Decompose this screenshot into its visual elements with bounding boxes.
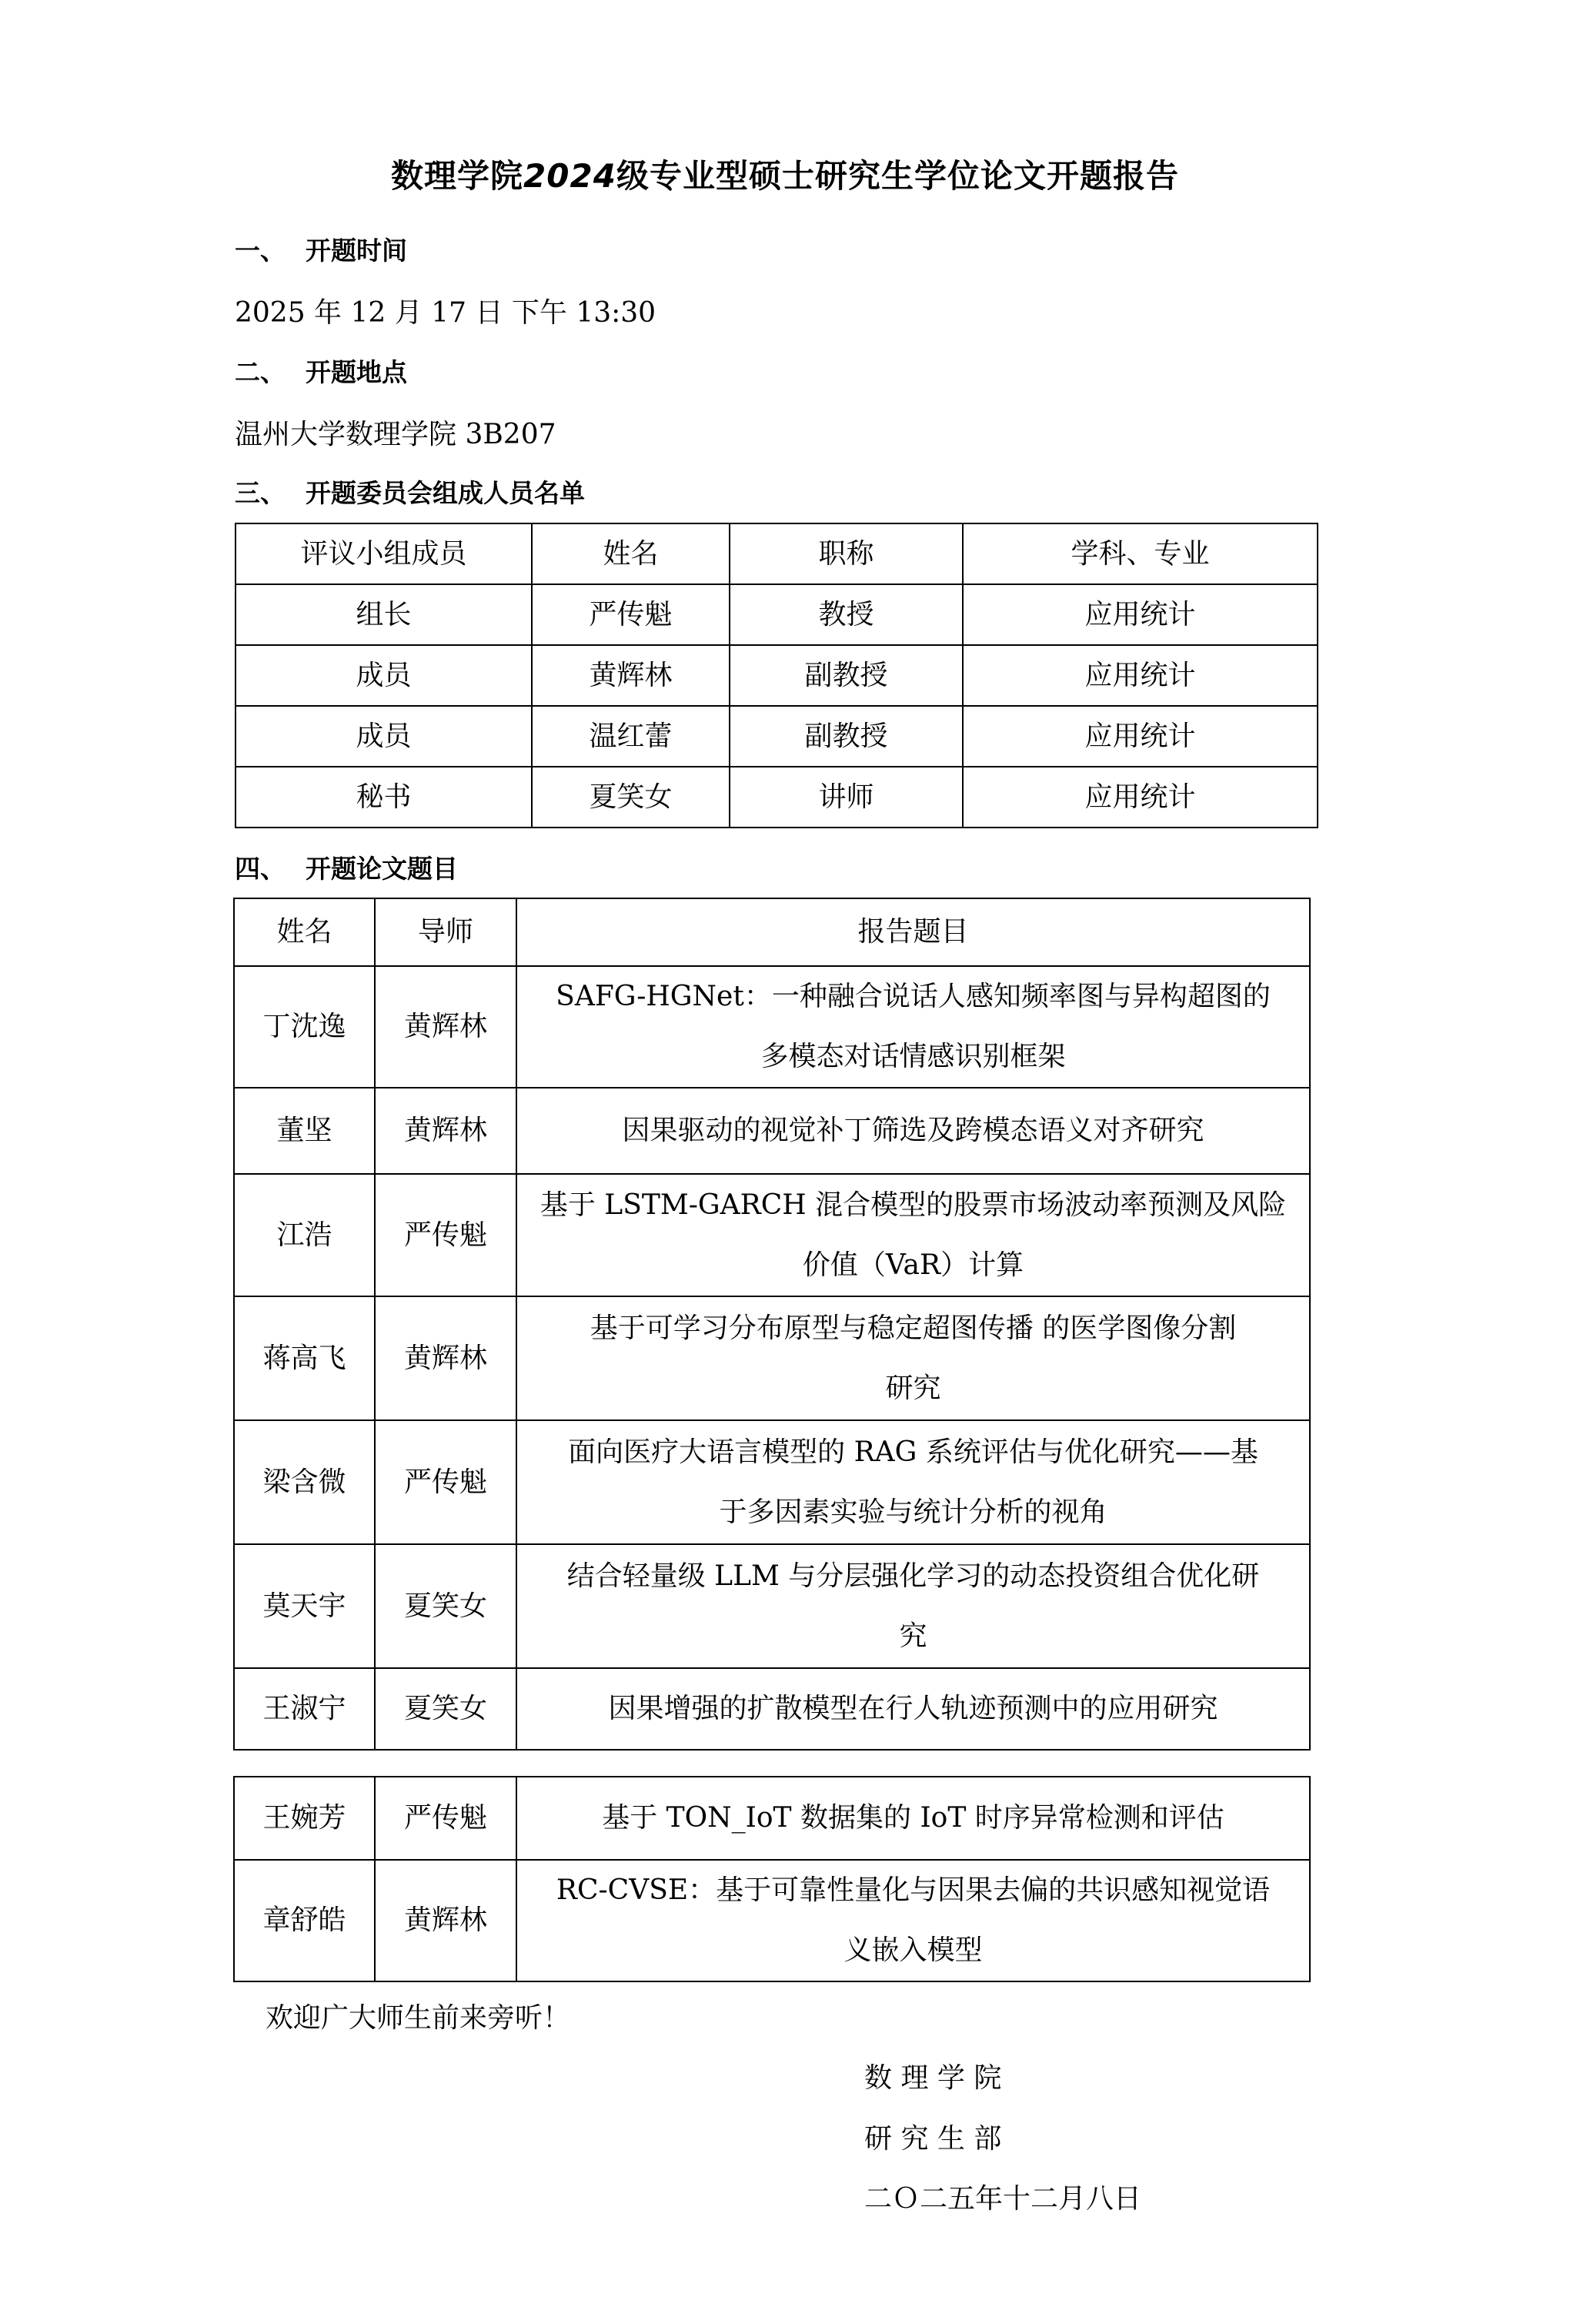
table-row: 江浩 严传魁 基于 LSTM-GARCH 混合模型的股票市场波动率预测及风险价值…: [234, 1174, 1310, 1296]
advisor-cell: 严传魁: [375, 1420, 516, 1544]
student-cell: 江浩: [234, 1174, 375, 1296]
signature-date: 二Ｏ二五年十二月八日: [864, 2177, 1141, 2216]
name-cell: 严传魁: [532, 584, 730, 645]
discipline-cell: 应用统计: [963, 706, 1318, 767]
advisor-cell: 严传魁: [375, 1777, 516, 1860]
section-number: 二、: [235, 357, 286, 387]
table-row: 丁沈逸 黄辉林 SAFG-HGNet：一种融合说话人感知频率图与异构超图的多模态…: [234, 966, 1310, 1088]
signature-dept: 研 究 生 部: [864, 2117, 1001, 2156]
role-cell: 组长: [235, 584, 532, 645]
section-label: 开题地点: [306, 357, 407, 387]
table-row: 成员 黄辉林 副教授 应用统计: [235, 645, 1318, 706]
defense-location: 温州大学数理学院 3B207: [235, 413, 556, 452]
name-cell: 温红蕾: [532, 706, 730, 767]
topic-line: 因果增强的扩散模型在行人轨迹预测中的应用研究: [531, 1679, 1295, 1739]
rank-cell: 讲师: [730, 767, 963, 828]
discipline-cell: 应用统计: [963, 767, 1318, 828]
topic-cell: 基于 TON_IoT 数据集的 IoT 时序异常检测和评估: [516, 1777, 1310, 1860]
table-row: 成员 温红蕾 副教授 应用统计: [235, 706, 1318, 767]
header-cell: 学科、专业: [963, 523, 1318, 584]
defense-time: 2025 年 12 月 17 日 下午 13:30: [235, 291, 656, 330]
advisor-cell: 严传魁: [375, 1174, 516, 1296]
student-cell: 章舒皓: [234, 1860, 375, 1981]
document-title: 数理学院2024级专业型硕士研究生学位论文开题报告: [0, 151, 1570, 197]
table-row: 梁含微 严传魁 面向医疗大语言模型的 RAG 系统评估与优化研究——基于多因素实…: [234, 1420, 1310, 1544]
table-row: 组长 严传魁 教授 应用统计: [235, 584, 1318, 645]
role-cell: 秘书: [235, 767, 532, 828]
name-cell: 夏笑女: [532, 767, 730, 828]
table-row: 王婉芳 严传魁 基于 TON_IoT 数据集的 IoT 时序异常检测和评估: [234, 1777, 1310, 1860]
section-heading-time: 一、开题时间: [235, 231, 407, 267]
section-number: 三、: [235, 478, 286, 508]
table-row: 蒋高飞 黄辉林 基于可学习分布原型与稳定超图传播 的医学图像分割研究: [234, 1296, 1310, 1420]
committee-table: 评议小组成员 姓名 职称 学科、专业 组长 严传魁 教授 应用统计 成员 黄辉林…: [235, 523, 1318, 828]
advisor-cell: 夏笑女: [375, 1544, 516, 1668]
topic-line: 价值（VaR）计算: [531, 1236, 1295, 1296]
section-number: 一、: [235, 236, 286, 266]
topic-line: 结合轻量级 LLM 与分层强化学习的动态投资组合优化研: [531, 1547, 1295, 1607]
section-heading-location: 二、开题地点: [235, 353, 407, 389]
signature-org: 数 理 学 院: [864, 2056, 1001, 2095]
table-row: 王淑宁 夏笑女 因果增强的扩散模型在行人轨迹预测中的应用研究: [234, 1668, 1310, 1750]
advisor-cell: 黄辉林: [375, 966, 516, 1088]
topic-line: 多模态对话情感识别框架: [531, 1027, 1295, 1087]
title-year: 2024: [523, 157, 616, 195]
topic-line: 于多因素实验与统计分析的视角: [531, 1483, 1295, 1543]
topic-cell: 因果驱动的视觉补丁筛选及跨模态语义对齐研究: [516, 1088, 1310, 1174]
header-cell: 导师: [375, 898, 516, 966]
header-cell: 评议小组成员: [235, 523, 532, 584]
title-suffix: 级专业型硕士研究生学位论文开题报告: [616, 157, 1179, 195]
student-cell: 蒋高飞: [234, 1296, 375, 1420]
topic-line: 究: [531, 1607, 1295, 1667]
advisor-cell: 夏笑女: [375, 1668, 516, 1750]
topic-line: 因果驱动的视觉补丁筛选及跨模态语义对齐研究: [531, 1101, 1295, 1161]
student-cell: 王淑宁: [234, 1668, 375, 1750]
topics-table: 姓名 导师 报告题目 丁沈逸 黄辉林 SAFG-HGNet：一种融合说话人感知频…: [233, 898, 1311, 1751]
section-label: 开题论文题目: [306, 854, 458, 884]
topic-cell: 因果增强的扩散模型在行人轨迹预测中的应用研究: [516, 1668, 1310, 1750]
table-row: 董坚 黄辉林 因果驱动的视觉补丁筛选及跨模态语义对齐研究: [234, 1088, 1310, 1174]
header-cell: 报告题目: [516, 898, 1310, 966]
section-label: 开题委员会组成人员名单: [306, 478, 585, 508]
section-label: 开题时间: [306, 236, 407, 266]
header-cell: 姓名: [532, 523, 730, 584]
role-cell: 成员: [235, 706, 532, 767]
role-cell: 成员: [235, 645, 532, 706]
table-row: 秘书 夏笑女 讲师 应用统计: [235, 767, 1318, 828]
student-cell: 梁含微: [234, 1420, 375, 1544]
table-row: 章舒皓 黄辉林 RC-CVSE：基于可靠性量化与因果去偏的共识感知视觉语义嵌入模…: [234, 1860, 1310, 1981]
rank-cell: 副教授: [730, 645, 963, 706]
student-cell: 董坚: [234, 1088, 375, 1174]
topic-cell: 结合轻量级 LLM 与分层强化学习的动态投资组合优化研究: [516, 1544, 1310, 1668]
name-cell: 黄辉林: [532, 645, 730, 706]
topic-line: RC-CVSE：基于可靠性量化与因果去偏的共识感知视觉语: [531, 1861, 1295, 1921]
topic-line: 基于 LSTM-GARCH 混合模型的股票市场波动率预测及风险: [531, 1175, 1295, 1236]
welcome-note: 欢迎广大师生前来旁听！: [266, 1996, 570, 2035]
topic-line: 研究: [531, 1359, 1295, 1419]
student-cell: 王婉芳: [234, 1777, 375, 1860]
topic-cell: SAFG-HGNet：一种融合说话人感知频率图与异构超图的多模态对话情感识别框架: [516, 966, 1310, 1088]
advisor-cell: 黄辉林: [375, 1860, 516, 1981]
discipline-cell: 应用统计: [963, 584, 1318, 645]
section-heading-committee: 三、开题委员会组成人员名单: [235, 473, 585, 510]
rank-cell: 副教授: [730, 706, 963, 767]
topic-line: SAFG-HGNet：一种融合说话人感知频率图与异构超图的: [531, 967, 1295, 1027]
advisor-cell: 黄辉林: [375, 1088, 516, 1174]
topic-line: 面向医疗大语言模型的 RAG 系统评估与优化研究——基: [531, 1423, 1295, 1483]
topic-cell: 基于可学习分布原型与稳定超图传播 的医学图像分割研究: [516, 1296, 1310, 1420]
topic-line: 基于可学习分布原型与稳定超图传播 的医学图像分割: [531, 1299, 1295, 1359]
header-cell: 姓名: [234, 898, 375, 966]
topic-cell: 基于 LSTM-GARCH 混合模型的股票市场波动率预测及风险价值（VaR）计算: [516, 1174, 1310, 1296]
topic-cell: 面向医疗大语言模型的 RAG 系统评估与优化研究——基于多因素实验与统计分析的视…: [516, 1420, 1310, 1544]
discipline-cell: 应用统计: [963, 645, 1318, 706]
topic-line: 义嵌入模型: [531, 1921, 1295, 1981]
table-header-row: 评议小组成员 姓名 职称 学科、专业: [235, 523, 1318, 584]
student-cell: 莫天宇: [234, 1544, 375, 1668]
rank-cell: 教授: [730, 584, 963, 645]
section-heading-topics: 四、开题论文题目: [235, 849, 458, 885]
section-number: 四、: [235, 854, 286, 884]
topics-table-continued: 王婉芳 严传魁 基于 TON_IoT 数据集的 IoT 时序异常检测和评估 章舒…: [233, 1776, 1311, 1982]
table-row: 莫天宇 夏笑女 结合轻量级 LLM 与分层强化学习的动态投资组合优化研究: [234, 1544, 1310, 1668]
topic-line: 基于 TON_IoT 数据集的 IoT 时序异常检测和评估: [531, 1788, 1295, 1848]
title-prefix: 数理学院: [391, 157, 523, 195]
student-cell: 丁沈逸: [234, 966, 375, 1088]
header-cell: 职称: [730, 523, 963, 584]
table-header-row: 姓名 导师 报告题目: [234, 898, 1310, 966]
topic-cell: RC-CVSE：基于可靠性量化与因果去偏的共识感知视觉语义嵌入模型: [516, 1860, 1310, 1981]
advisor-cell: 黄辉林: [375, 1296, 516, 1420]
